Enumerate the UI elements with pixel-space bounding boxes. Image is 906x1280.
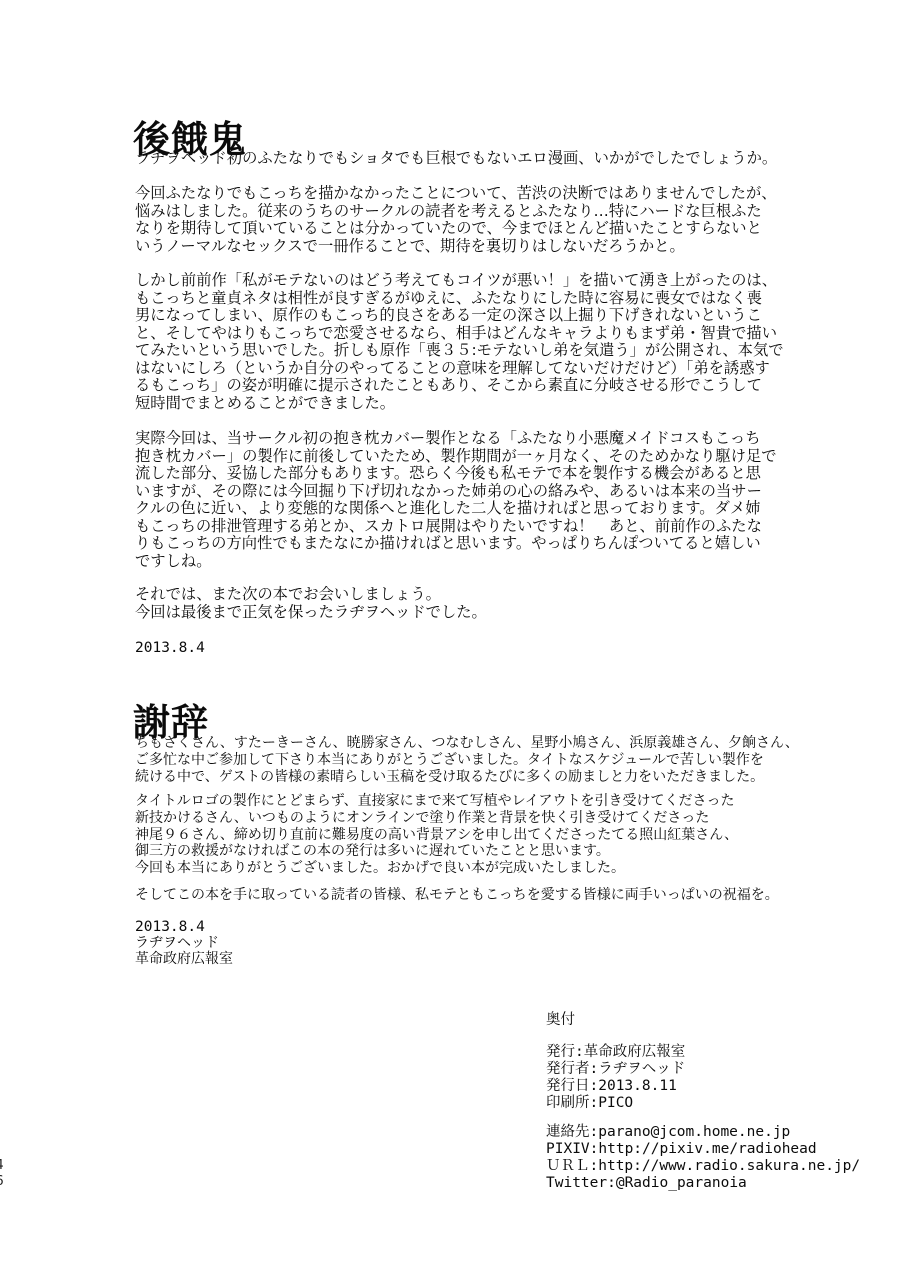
afterword-paragraph-2: 今回ふたなりでもこっちを描かなかったことについて、苦渋の決断ではありませんでした… — [135, 185, 883, 255]
acknowledgments-date: 2013.8.4 — [135, 919, 205, 935]
acknowledgments-paragraph-3: そしてこの本を手に取っている読者の皆様、私モテともこっちを愛する皆様に両手いっぱ… — [135, 887, 897, 904]
afterword-paragraph-1: ラヂヲヘッド初のふたなりでもショタでも巨根でもないエロ漫画、いかがでしたでしょう… — [135, 150, 883, 168]
acknowledgments-paragraph-2: タイトルロゴの製作にとどまらず、直接家にまで来て写植やレイアウトを引き受けてくだ… — [135, 793, 897, 877]
colophon-contact-info: 連絡先:parano@jcom.home.ne.jp PIXIV:http://… — [546, 1124, 860, 1192]
afterword-paragraph-3: しかし前前作「私がモテないのはどう考えてもコイツが悪い！」を描いて湧き上がったの… — [135, 272, 883, 412]
page-number: 46 — [0, 1158, 6, 1190]
colophon-publication-info: 発行:革命政府広報室 発行者:ラヂヲヘッド 発行日:2013.8.11 印刷所:… — [546, 1044, 685, 1112]
colophon-title: 奥付 — [546, 1012, 575, 1029]
afterword-page: 46 後餓鬼 ラヂヲヘッド初のふたなりでもショタでも巨根でもないエロ漫画、いかが… — [0, 0, 906, 1280]
afterword-paragraph-4: 実際今回は、当サークル初の抱き枕カバー製作となる「ふたなり小悪魔メイドコスもこっ… — [135, 430, 883, 570]
signature-office-name: 革命政府広報室 — [135, 952, 233, 968]
signature-circle-name: ラヂヲヘッド — [135, 936, 219, 952]
acknowledgments-paragraph-1: ちもさくさん、すたーきーさん、暁勝家さん、つなむしさん、星野小鳩さん、浜原義雄さ… — [135, 735, 897, 785]
afterword-date: 2013.8.4 — [135, 640, 205, 656]
afterword-paragraph-5: それでは、また次の本でお会いしましょう。 今回は最後まで正気を保ったラヂヲヘッド… — [135, 586, 883, 621]
